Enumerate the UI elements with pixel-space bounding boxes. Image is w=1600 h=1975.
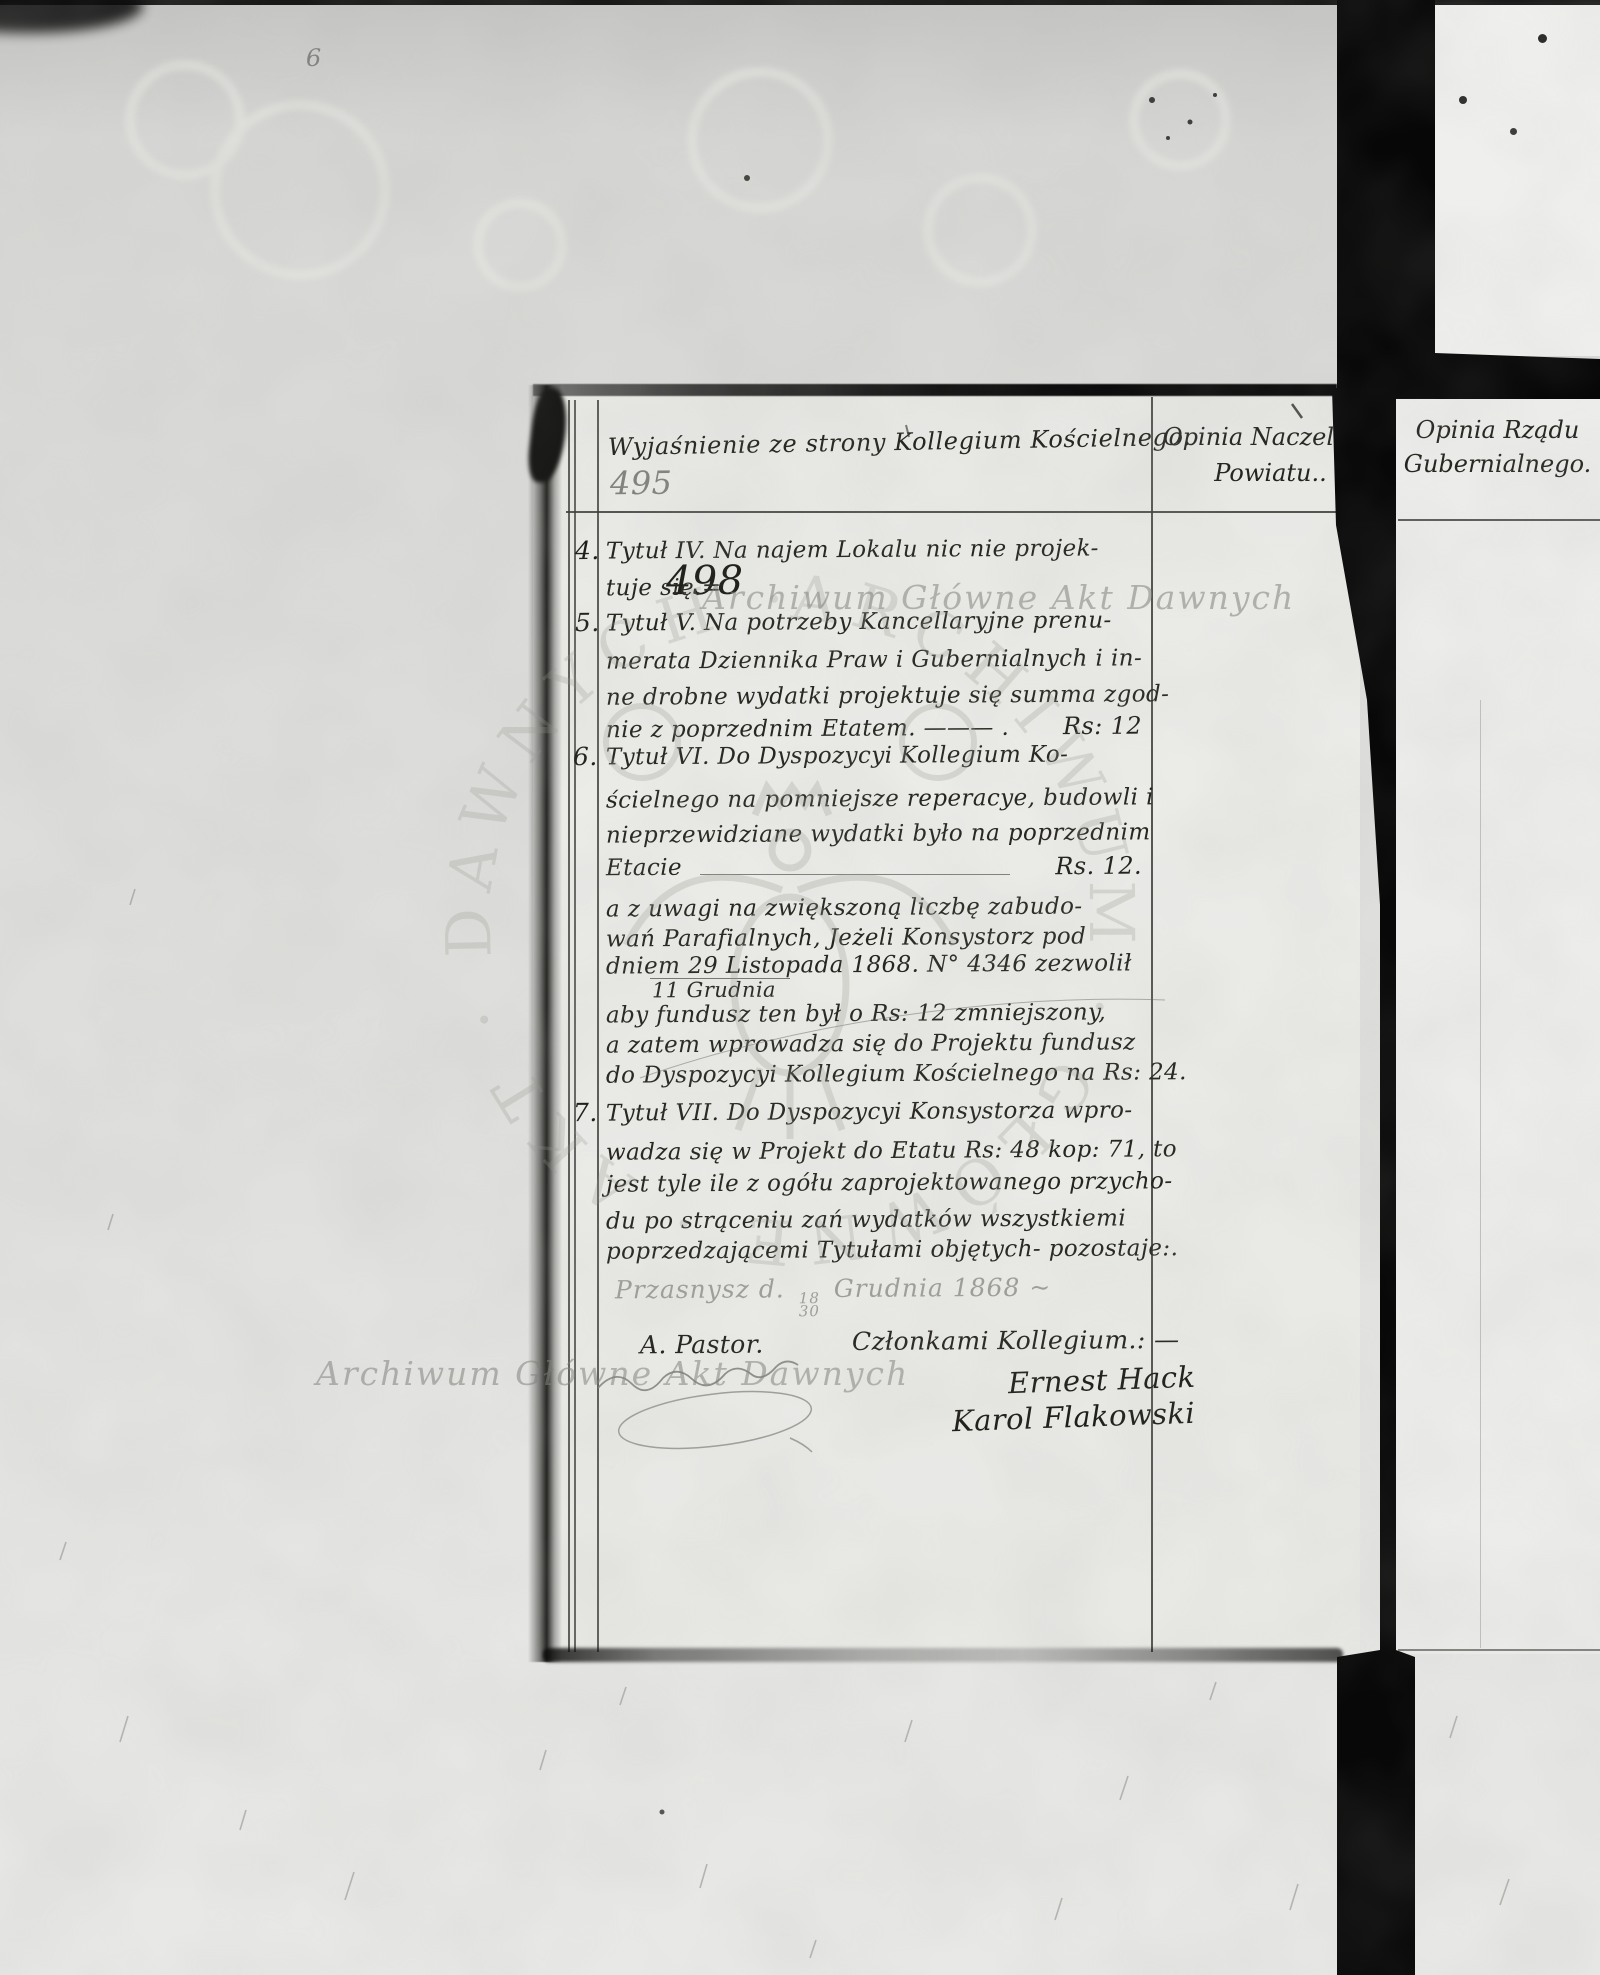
entry-line: ne drobne wydatki projektuje się summa z… [606,681,1169,710]
entry-line: Etacie [606,855,682,881]
entry-line: do Dyspozycyi Kollegium Kościelnego na R… [606,1059,1187,1089]
entry-line: aby fundusz ten był o Rs: 12 zmniejszony… [606,999,1106,1028]
dateline-day-fraction: 18 30 [799,1292,820,1318]
dateline-month-year: Grudnia 1868 ~ [834,1273,1052,1303]
entry-amount: Rs. 12. [1032,852,1142,881]
entry-line: merata Dziennika Praw i Gubernialnych i … [606,645,1142,674]
dateline: Przasnysz d. 18 30 Grudnia 1868 ~ [615,1273,1052,1320]
number-column-rule [597,400,599,1652]
column-header-district-2: Powiatu.. [1163,459,1378,487]
entry-amount: Rs: 12 [1032,712,1142,741]
dateline-place: Przasnysz d. [615,1274,785,1304]
entry-line: Tytuł VII. Do Dyspozycyi Konsystorza wpr… [606,1097,1133,1126]
entry-line: wań Parafialnych, Jeżeli Konsystorz pod [606,924,1086,953]
right-page-bottom-edge [1398,1649,1600,1651]
top-right-page-fragment [1435,2,1600,356]
right-page-fragment [1394,388,1600,1654]
entry-line: a zatem wprowadza się do Projektu fundus… [606,1029,1136,1058]
entry-number: 4. [575,536,600,565]
entry-line: a z uwagi na zwiększoną liczbę zabudo- [606,894,1083,923]
signature-pastor: A. Pastor. [640,1330,764,1360]
column-header-gubernia-2: Gubernialnego. [1400,450,1595,478]
right-page-crease [1480,700,1481,1648]
column-header-gubernia-1: Opinia Rządu [1400,416,1595,444]
alternate-calendar-date: 11 Grudnia [652,978,776,1003]
ink-spot [1510,128,1517,135]
margin-pencil-mark: 6 [306,44,322,72]
entry-number: 6. [573,742,598,771]
ink-spot [1538,34,1547,43]
paper-ornament-swirls [0,0,1330,380]
entry-line: dniem 29 Listopada 1868. N° 4346 zezwoli… [606,950,1132,979]
entry-line: nieprzewidziane wydatki było na poprzedn… [606,819,1151,848]
right-page-top-edge [1394,388,1600,399]
entry-line: wadza się w Projekt do Etatu Rs: 48 kop:… [606,1136,1177,1165]
entry-line: Tytuł IV. Na najem Lokalu nic nie projek… [606,535,1099,564]
left-page-top-edge [533,384,1337,396]
main-column-divider [1151,397,1153,1652]
page-number-pencil: 495 [610,464,673,502]
column-rule-double-a [568,400,570,1652]
entry-line: jest tyle ile z ogółu zaprojektowanego p… [606,1168,1173,1197]
entry-number: 5. [575,608,600,637]
top-film-edge [0,0,1600,5]
column-rule-double-b [574,400,576,1652]
right-header-underline [1398,519,1600,521]
top-gutter-stripe [1337,0,1435,398]
entry-line: poprzedzającemi Tytułami objętych- pozos… [606,1235,1178,1264]
top-left-blob [0,0,143,33]
fill-rule-line [700,874,1010,875]
entry-line: Tytuł V. Na potrzeby Kancellaryjne prenu… [606,607,1112,636]
archival-scan: Wyjaśnienie ze strony Kollegium Kościeln… [0,0,1600,1975]
signature-ernest: Ernest Hack [1007,1360,1195,1401]
left-page-bottom-edge [543,1648,1343,1662]
header-row-underline [566,511,1338,513]
entry-line: tuje się.= [606,575,722,602]
entry-line: ścielnego na pomniejsze reperacye, budow… [606,784,1154,813]
entry-line: Tytuł VI. Do Dyspozycyi Kollegium Ko- [606,742,1068,771]
column-header-district-1: Opinia Naczelnika [1163,423,1378,451]
entry-number: 7. [573,1098,598,1127]
members-caption: Członkami Kollegium.: — [852,1325,1180,1356]
entry-line: nie z poprzednim Etatem. ——— . [606,715,1009,743]
entry-line: du po strąceniu zań wydatków wszystkiemi [606,1205,1126,1234]
page-spine-shadow [528,385,562,1662]
